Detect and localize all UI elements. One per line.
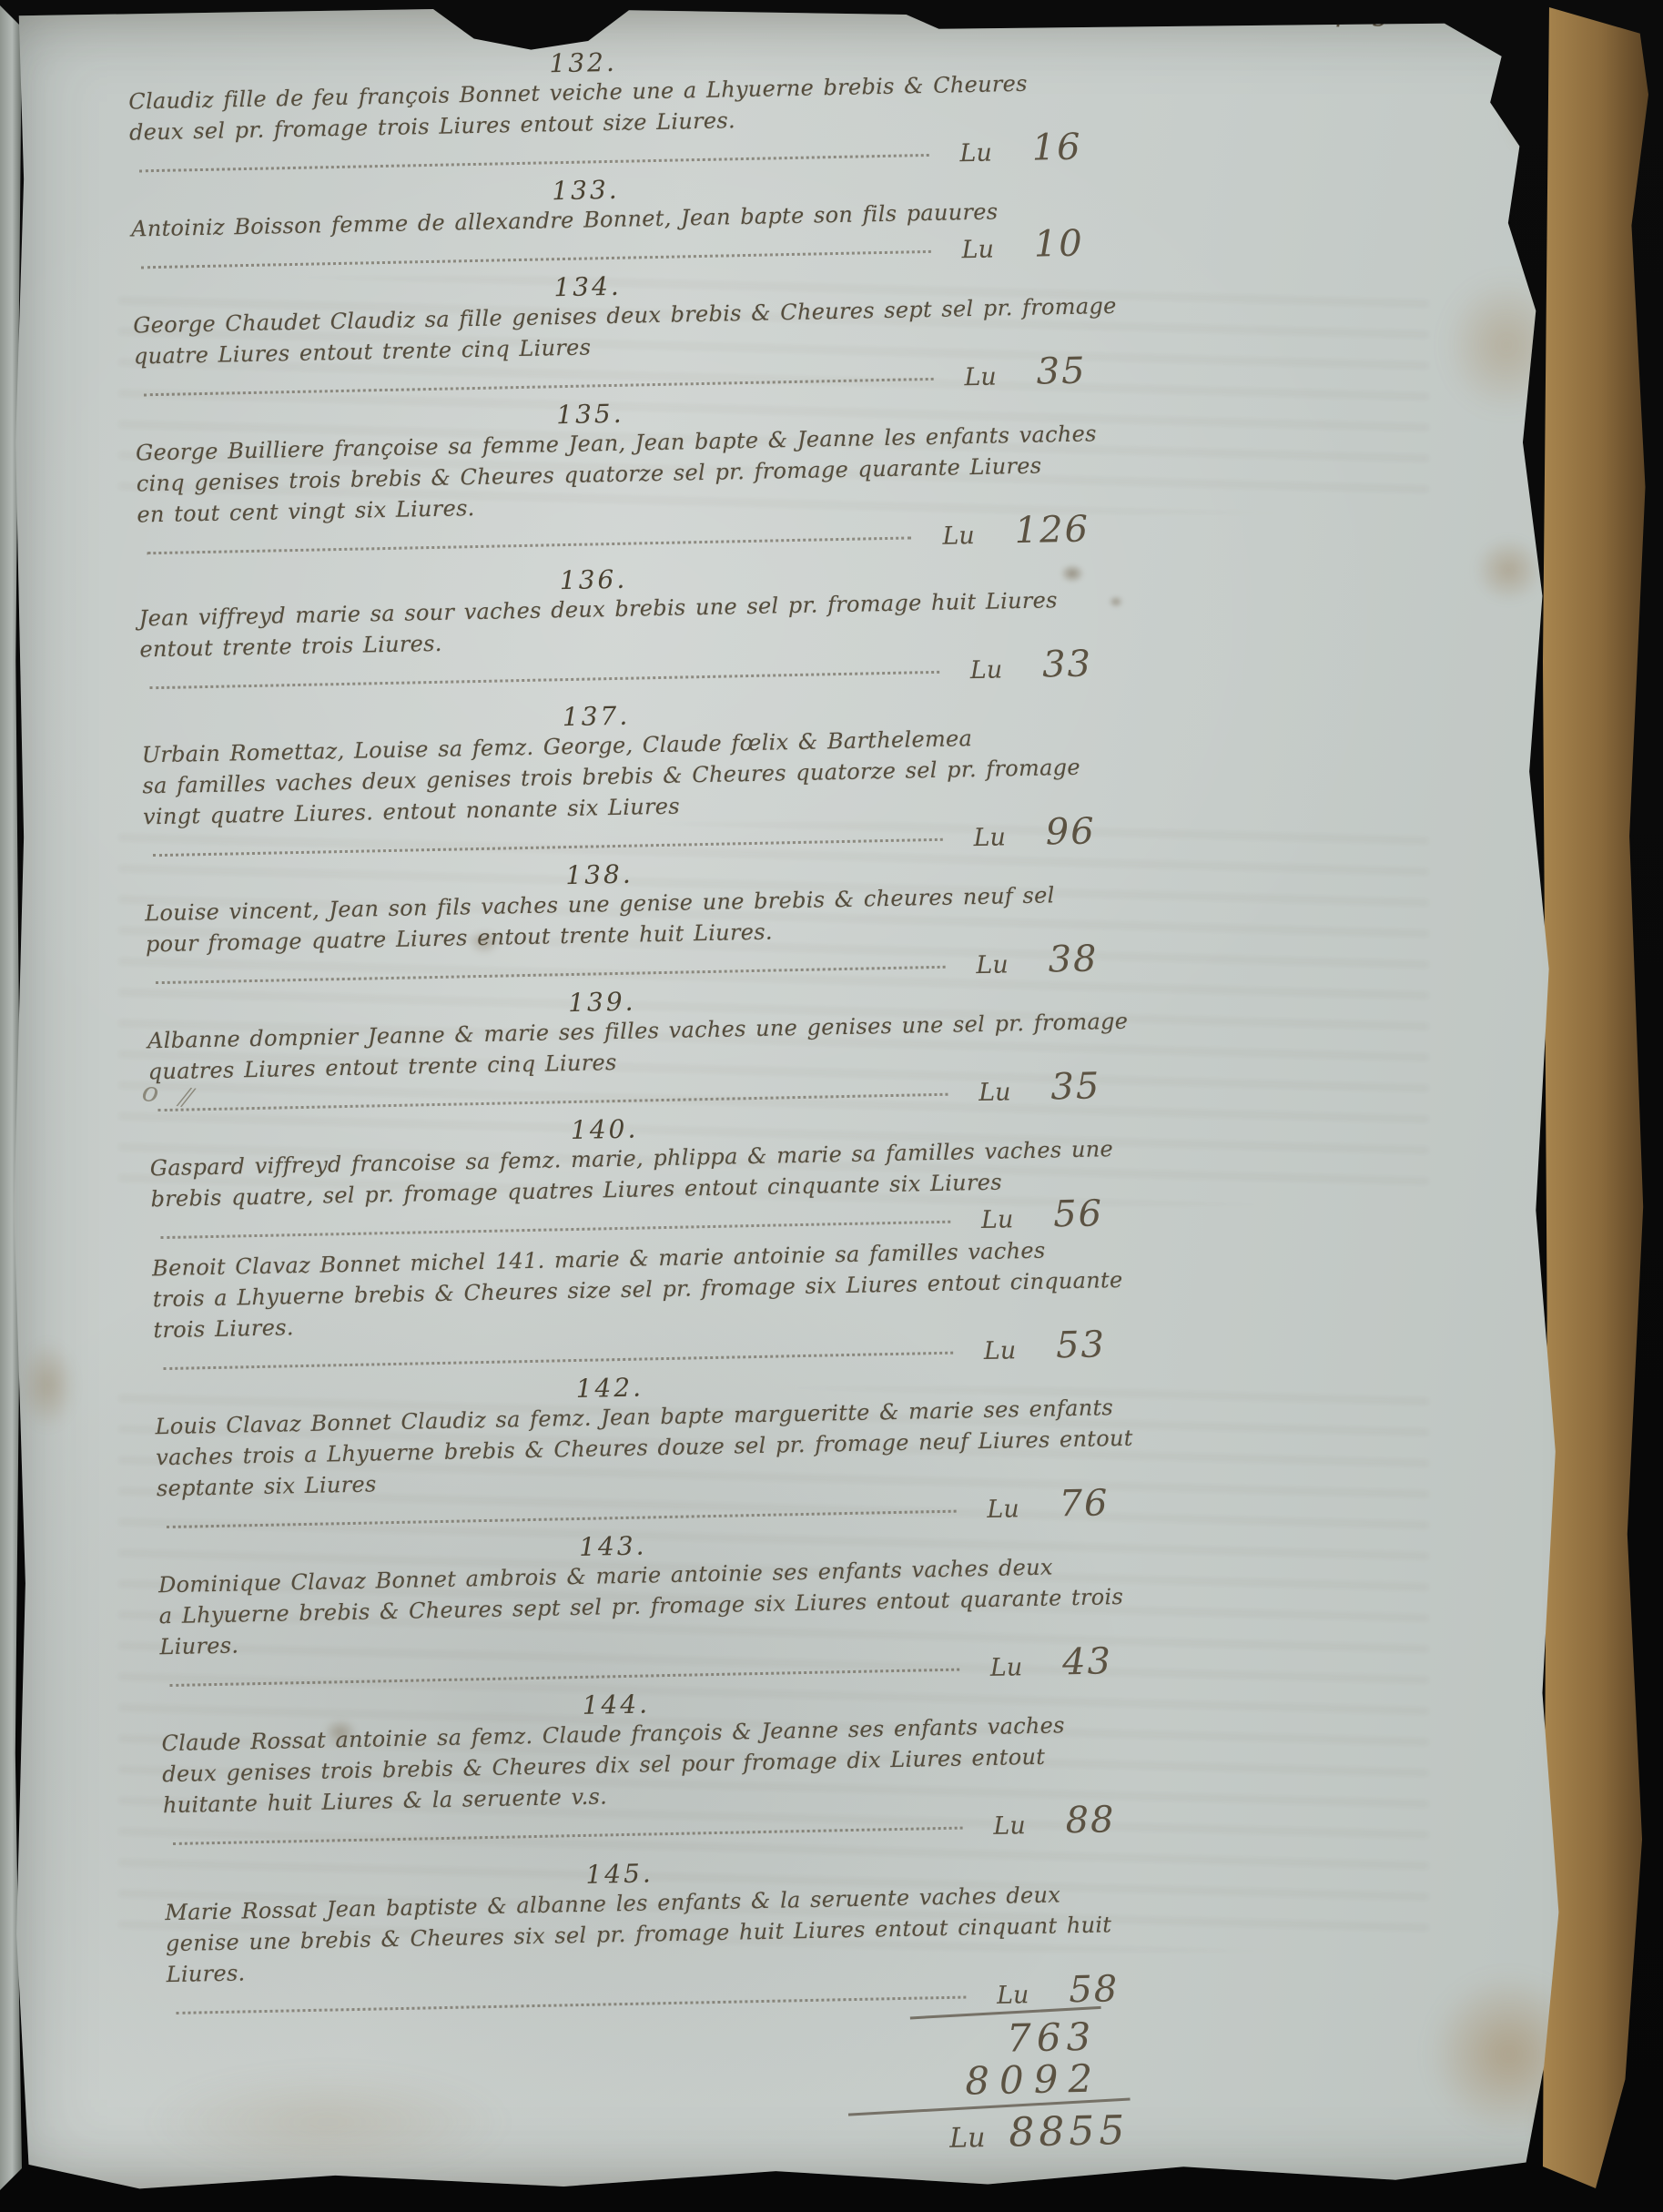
amount-value: 35 (1050, 1068, 1101, 1105)
lu-label: Lu (970, 656, 1003, 685)
page-label: page (1334, 0, 1408, 28)
lu-label: Lu (981, 1206, 1014, 1234)
lu-label: Lu (993, 1812, 1026, 1841)
amount-value: 16 (1031, 129, 1082, 167)
page-number-group: page 11. (1334, 0, 1487, 28)
manuscript-page: o ⫽ + page 11. 132. Claudiz fille de feu… (9, 4, 1640, 2197)
dotted-leader (139, 154, 929, 172)
amount-value: 56 (1053, 1195, 1104, 1233)
dotted-leader (158, 1093, 948, 1111)
lu-label: Lu (961, 237, 994, 265)
amount-value: 35 (1036, 353, 1087, 391)
lu-label: Lu (990, 1654, 1023, 1682)
register-entry: 138. Louise vincent, Jean son fils vache… (144, 851, 1111, 996)
register-entry: 145. Marie Rossat Jean baptiste & albann… (164, 1851, 1131, 2026)
dotted-leader (176, 1996, 966, 2014)
dotted-leader (169, 1669, 959, 1687)
lu-label: Lu (942, 523, 975, 551)
amount-value: 76 (1059, 1485, 1110, 1522)
register-entry: 132. Claudiz fille de feu françois Bonne… (127, 39, 1095, 184)
register-entries: 132. Claudiz fille de feu françois Bonne… (127, 39, 1134, 2172)
register-entry: 144. Claude Rossat antoinie sa femz. Cla… (161, 1681, 1129, 1857)
amount-value: 10 (1033, 226, 1084, 263)
amount-value: 58 (1069, 1971, 1120, 2008)
binding-edge (1543, 7, 1648, 2188)
grand-total-value: 8855 (1009, 2109, 1130, 2156)
amount-value: 96 (1045, 813, 1096, 850)
totals-carried-forward: 8092 (824, 2057, 1134, 2105)
dotted-leader (160, 1221, 950, 1239)
register-entry: 143. Dominique Clavaz Bonnet ambrois & m… (157, 1523, 1125, 1699)
lu-label: Lu (964, 364, 997, 392)
register-entry: 134. George Chaudet Claudiz sa fille gen… (132, 263, 1100, 408)
page-content: + page 11. 132. Claudiz fille de feu fra… (8, 0, 1563, 2175)
lu-label: Lu (949, 2122, 986, 2155)
dotted-leader (141, 250, 931, 269)
amount-value: 126 (1014, 511, 1090, 549)
register-entry: 140. Gaspard viffreyd francoise sa femz.… (149, 1106, 1117, 1251)
dotted-leader (149, 671, 939, 689)
register-entry: 136. Jean viffreyd marie sa sour vaches … (138, 556, 1106, 701)
dotted-leader (173, 1827, 963, 1845)
totals-grand-row: Lu 8855 (825, 2109, 1135, 2159)
amount-value: 43 (1062, 1643, 1113, 1680)
register-entry: 142. Louis Clavaz Bonnet Claudiz sa femz… (155, 1365, 1122, 1540)
dotted-leader (153, 838, 943, 857)
lu-label: Lu (973, 824, 1006, 852)
amount-value: 33 (1042, 645, 1093, 683)
lu-label: Lu (997, 1982, 1029, 2010)
lu-label: Lu (987, 1496, 1019, 1524)
register-entry: 135. George Builliere françoise sa femme… (135, 391, 1102, 566)
lu-label: Lu (979, 1079, 1011, 1107)
manuscript-photo: o ⫽ + page 11. 132. Claudiz fille de feu… (0, 0, 1663, 2212)
register-entry: Benoit Clavaz Bonnet michel 141. marie &… (152, 1233, 1120, 1382)
register-entry: 139. Albanne dompnier Jeanne & marie ses… (147, 979, 1114, 1123)
dotted-leader (167, 1510, 957, 1528)
cross-mark: + (523, 5, 547, 36)
dotted-leader (144, 378, 934, 396)
register-entry: 133. Antoiniz Boisson femme de allexandr… (130, 167, 1097, 280)
totals-block: 763 8092 Lu 8855 (823, 2009, 1135, 2159)
dotted-leader (163, 1352, 953, 1370)
register-entry: 137. Urbain Romettaz, Louise sa femz. Ge… (141, 693, 1109, 868)
lu-label: Lu (984, 1337, 1017, 1365)
amount-value: 88 (1065, 1801, 1116, 1839)
lu-label: Lu (976, 951, 1009, 979)
amount-value: 38 (1048, 940, 1099, 978)
page-number: 11. (1434, 0, 1487, 26)
dotted-leader (156, 966, 946, 984)
amount-value: 53 (1056, 1326, 1107, 1364)
lu-label: Lu (959, 140, 992, 168)
dotted-leader (147, 536, 911, 554)
